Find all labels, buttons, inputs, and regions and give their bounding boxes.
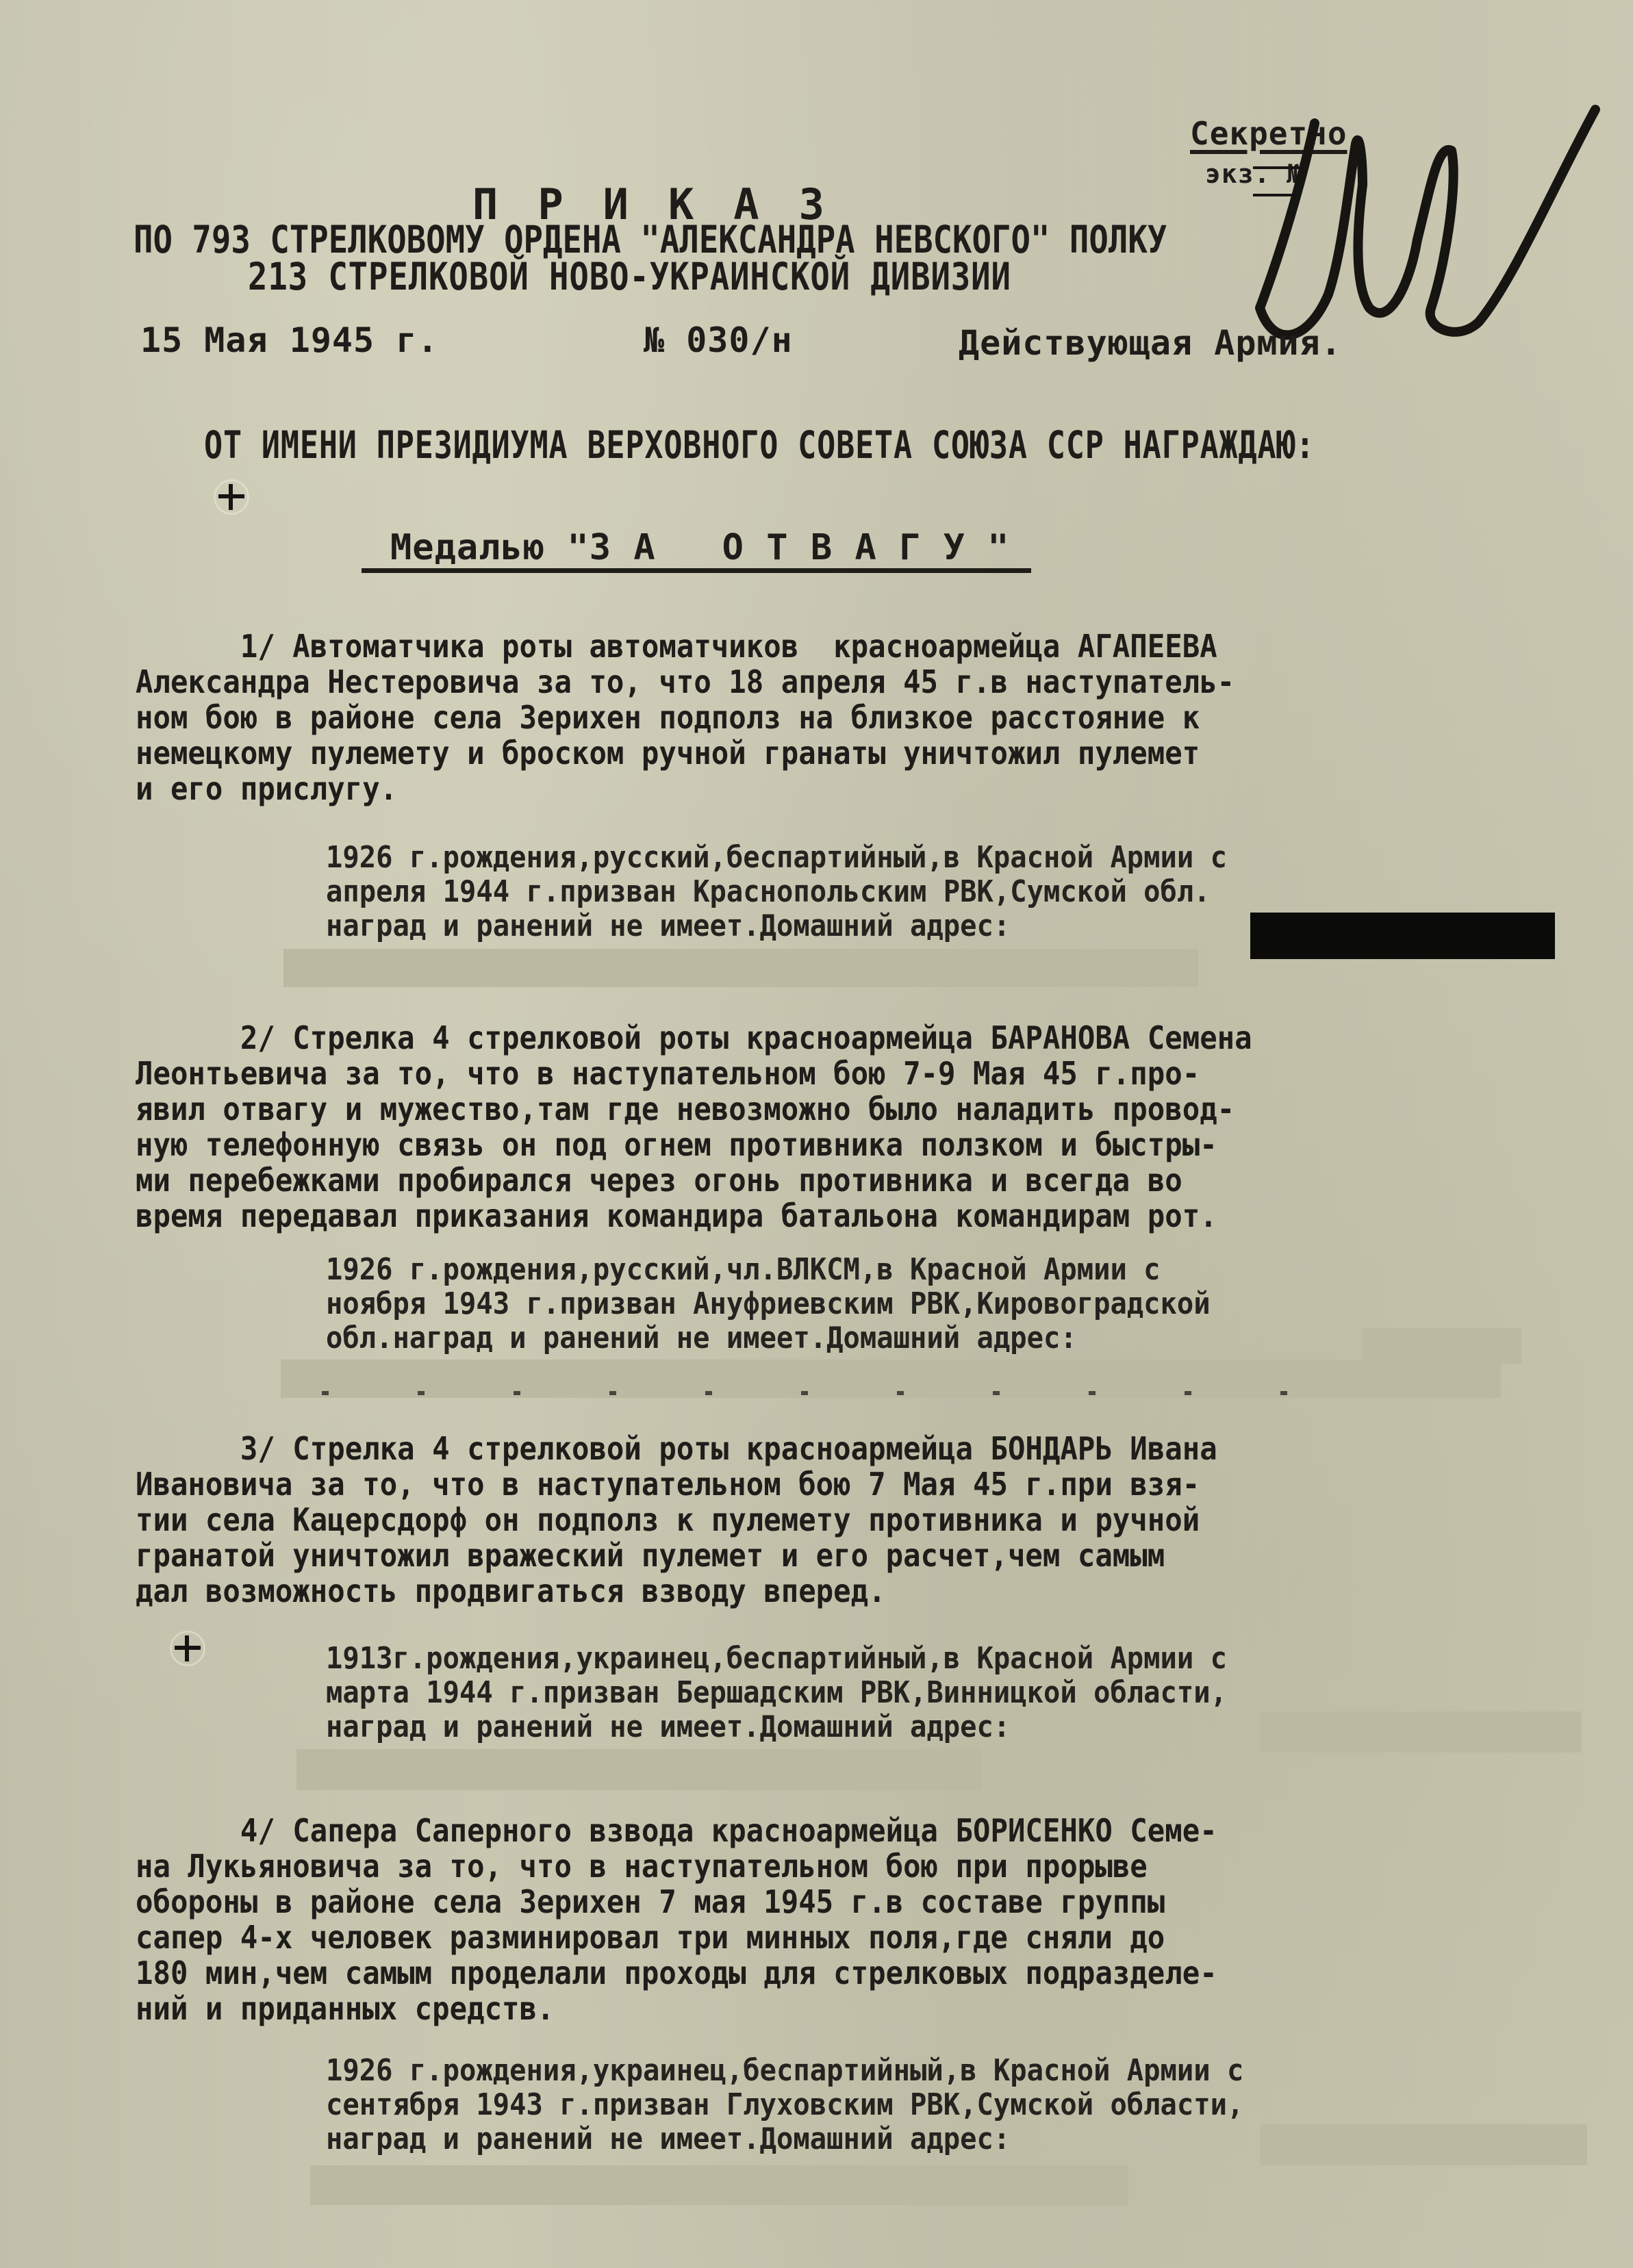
redacted-address xyxy=(310,2165,1128,2205)
medal-heading: Медалью "З А О Т В А Г У " xyxy=(390,527,1010,568)
separator-marks xyxy=(322,1391,1349,1395)
punch-hole-icon xyxy=(214,479,249,515)
redacted-address xyxy=(1250,913,1555,959)
order-date: 15 Мая 1945 г. xyxy=(140,320,438,360)
redacted-address xyxy=(1363,1328,1521,1364)
award-entry-2: 2/ Стрелка 4 стрелковой роты красноармей… xyxy=(136,1020,1496,1234)
award-entry-1: 1/ Автоматчика роты автоматчиков красноа… xyxy=(136,628,1496,806)
punch-hole-icon xyxy=(170,1631,205,1666)
redacted-address xyxy=(1260,1711,1582,1753)
redacted-address xyxy=(1260,2124,1587,2165)
award-entry-3: 3/ Стрелка 4 стрелковой роты красноармей… xyxy=(136,1431,1496,1609)
award-decree: ОТ ИМЕНИ ПРЕЗИДИУМА ВЕРХОВНОГО СОВЕТА СО… xyxy=(204,423,1315,467)
medal-underline xyxy=(362,568,1031,573)
award-bio-2: 1926 г.рождения,русский,чл.ВЛКСМ,в Красн… xyxy=(326,1253,1472,1355)
handwritten-signature xyxy=(1253,103,1609,349)
order-number: № 030/н xyxy=(644,320,793,360)
order-location: Действующая Армия. xyxy=(959,323,1342,363)
award-entry-4: 4/ Сапера Саперного взвода красноармейца… xyxy=(136,1813,1496,2026)
redacted-address xyxy=(296,1749,981,1790)
unit-line-2: 213 СТРЕЛКОВОЙ НОВО-УКРАИНСКОЙ ДИВИЗИИ xyxy=(248,255,1011,298)
redacted-address xyxy=(283,949,1198,987)
